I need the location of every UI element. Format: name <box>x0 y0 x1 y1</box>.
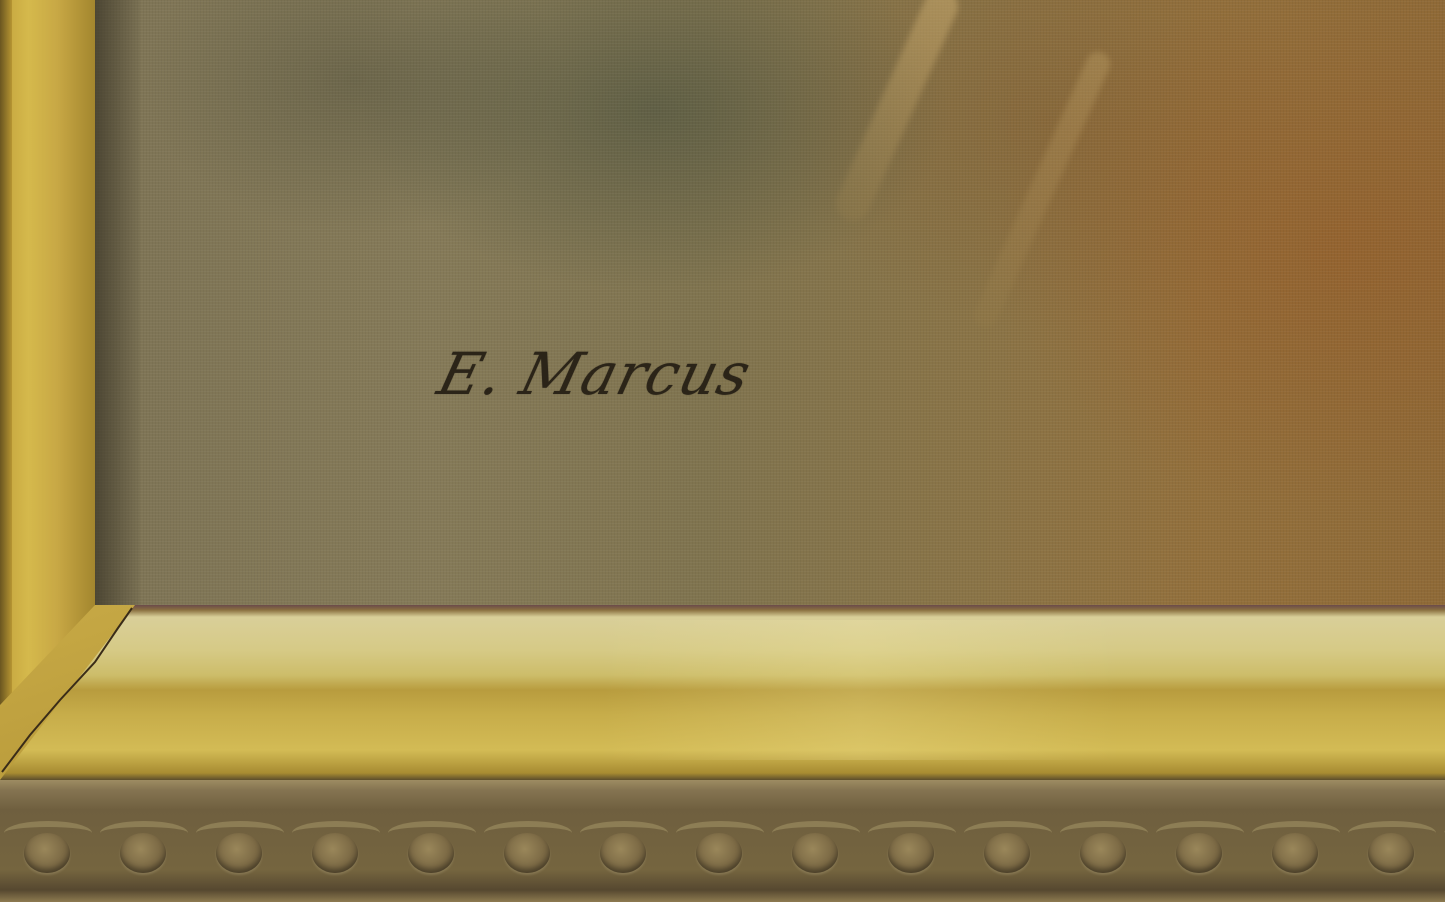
ornament <box>288 815 384 885</box>
ornament <box>864 815 960 885</box>
ornament <box>672 815 768 885</box>
painting-photo: E. Marcus <box>0 0 1445 902</box>
ornament <box>1152 815 1248 885</box>
ornament <box>960 815 1056 885</box>
miter-crack <box>0 600 140 780</box>
ornament <box>0 815 96 885</box>
ornament <box>96 815 192 885</box>
bead-ornament-band <box>0 815 1445 885</box>
artist-signature: E. Marcus <box>432 340 758 408</box>
ornament <box>384 815 480 885</box>
ornament <box>1344 815 1440 885</box>
frame-sheen <box>600 620 1120 760</box>
ornament <box>1440 815 1445 885</box>
ornament <box>192 815 288 885</box>
canvas-edge-shadow <box>95 0 140 605</box>
ornament <box>1056 815 1152 885</box>
ornament <box>576 815 672 885</box>
ornament <box>768 815 864 885</box>
ornament <box>1248 815 1344 885</box>
painted-canvas <box>95 0 1445 605</box>
ornament <box>480 815 576 885</box>
